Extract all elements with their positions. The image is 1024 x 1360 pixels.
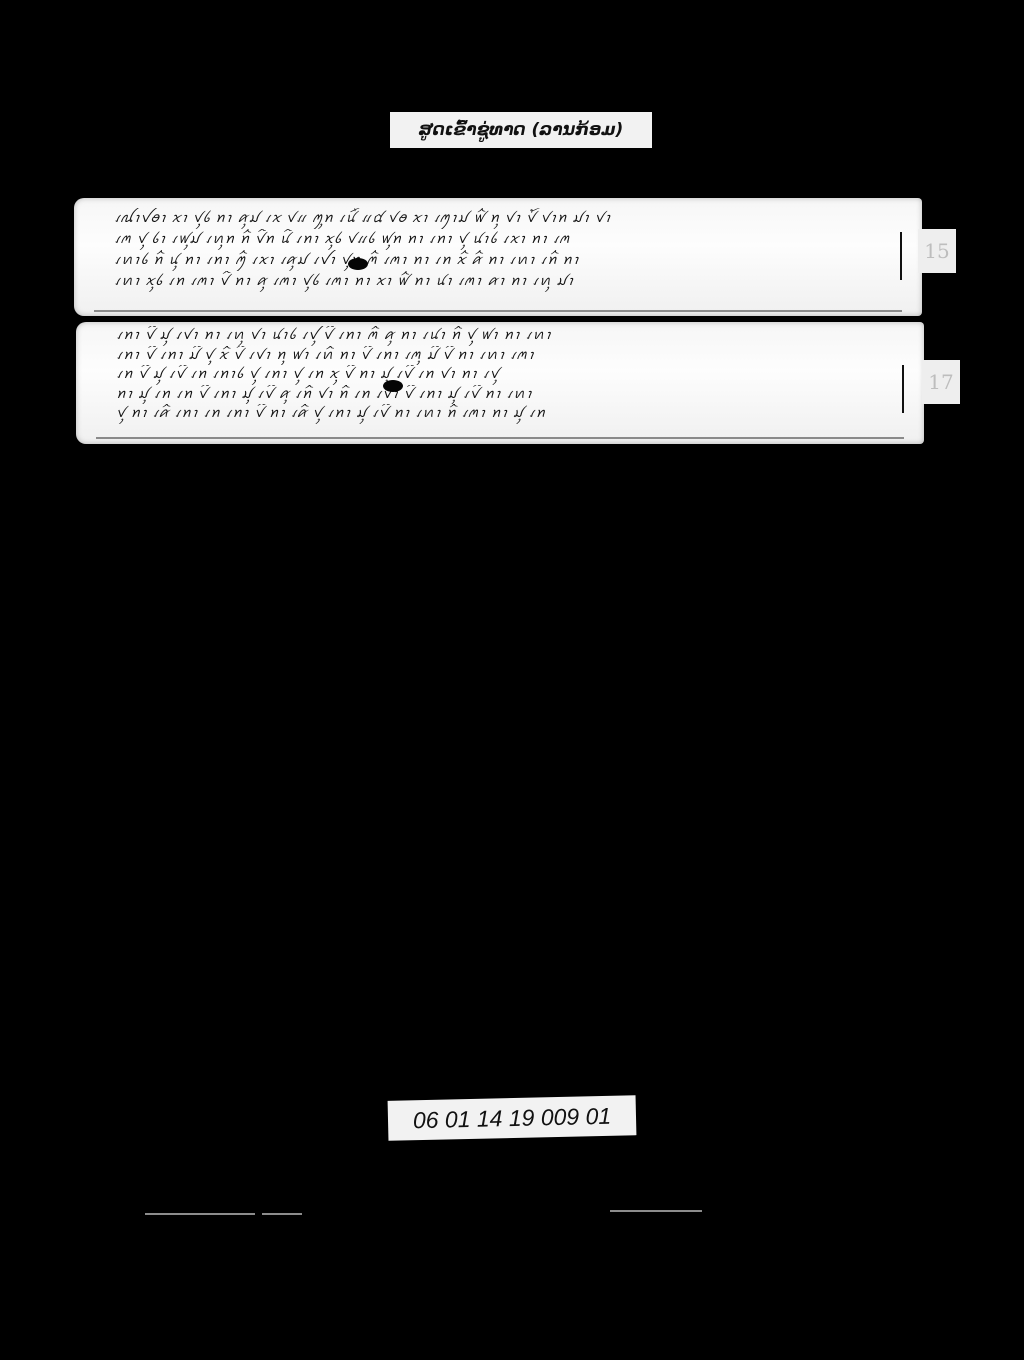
manuscript-line: ꪹꪏꪱꪜꪮꪱ ꪎꪱ ꪚꪴꪉ ꪀꪱ ꪁꪴꪣ ꪹꪎ ꪚꪵ ꪑꪴꪀ ꪹꪙꪸ ꪵꪠ ꪚꪮ… bbox=[114, 208, 882, 229]
scan-artifact-line bbox=[145, 1213, 255, 1215]
scan-artifact-line bbox=[262, 1213, 302, 1215]
margin-stroke bbox=[900, 232, 902, 280]
leaf-edge-line bbox=[96, 437, 904, 439]
scan-artifact-line bbox=[610, 1210, 702, 1212]
binding-hole bbox=[383, 380, 403, 392]
manuscript-line: ꪹꪕꪱꪉ ꪀꪲ ꪙꪴ ꪀꪱ ꪹꪀꪱ ꪑꪲ ꪹꪎꪱ ꪹꪁꪴꪣ ꪹꪜꪱ ꪚꪴꪀ ꪔꪲ… bbox=[114, 250, 882, 271]
manuscript-line: ꪹꪔ ꪚꪴ ꪉꪱ ꪹꪝꪴꪣ ꪹꪕꪴꪀ ꪀꪲ ꪚꪲꪀ ꪙꪲ ꪹꪀꪱ ꪎꪴꪉ ꪚꪵꪉ… bbox=[114, 229, 882, 250]
manuscript-line: ꪚꪴ ꪀꪱ ꪹꪁꪲ ꪹꪀꪱ ꪹꪀ ꪹꪀꪱ ꪚꪲ ꪀꪱ ꪹꪁꪲ ꪚꪴ ꪹꪀꪱ ꪣꪴ… bbox=[116, 404, 884, 424]
catalog-number-label: 06 01 14 19 009 01 bbox=[388, 1095, 637, 1141]
binding-hole bbox=[348, 258, 368, 270]
manuscript-line: ꪹꪀꪱ ꪚꪲ ꪹꪀꪱ ꪣꪲ ꪚꪴ ꪎꪲ ꪚꪲ ꪹꪚꪱ ꪀꪴ ꪝꪱ ꪹꪕꪲ ꪀꪱ … bbox=[116, 346, 884, 366]
manuscript-line: ꪹꪀꪱ ꪚꪲ ꪣꪴ ꪹꪚꪱ ꪀꪱ ꪹꪕꪴ ꪚꪱ ꪙꪱꪉ ꪹꪜꪴ ꪚꪲ ꪹꪀꪱ ꪔ… bbox=[116, 326, 884, 346]
page-number-tab: 15 bbox=[918, 229, 956, 273]
manuscript-line: ꪹꪀ ꪚꪲ ꪣꪴ ꪹꪚꪲ ꪹꪀ ꪹꪀꪱꪉ ꪚꪴ ꪹꪀꪱ ꪚꪴ ꪹꪀ ꪎꪴ ꪚꪲ … bbox=[116, 365, 884, 385]
leaf-edge-line bbox=[94, 310, 902, 312]
manuscript-line: ꪀꪱ ꪣꪴ ꪹꪀ ꪹꪀ ꪚꪲ ꪹꪀꪱ ꪣꪴ ꪹꪚꪲ ꪁꪴ ꪹꪀꪲ ꪚꪱ ꪀꪲ ꪹ… bbox=[116, 385, 884, 405]
page-number-tab: 17 bbox=[922, 360, 960, 404]
manuscript-text: ꪹꪀꪱ ꪚꪲ ꪣꪴ ꪹꪚꪱ ꪀꪱ ꪹꪕꪴ ꪚꪱ ꪙꪱꪉ ꪹꪜꪴ ꪚꪲ ꪹꪀꪱ ꪔ… bbox=[116, 326, 884, 424]
palm-leaf-page-17: ꪹꪀꪱ ꪚꪲ ꪣꪴ ꪹꪚꪱ ꪀꪱ ꪹꪕꪴ ꪚꪱ ꪙꪱꪉ ꪹꪜꪴ ꪚꪲ ꪹꪀꪱ ꪔ… bbox=[76, 322, 924, 444]
document-title-label: ສູດເຂົ້າຊູ່ທາດ (ລານກ້ອມ) bbox=[390, 112, 652, 148]
manuscript-text: ꪹꪏꪱꪜꪮꪱ ꪎꪱ ꪚꪴꪉ ꪀꪱ ꪁꪴꪣ ꪹꪎ ꪚꪵ ꪑꪴꪀ ꪹꪙꪸ ꪵꪠ ꪚꪮ… bbox=[114, 208, 882, 292]
margin-stroke bbox=[902, 365, 904, 413]
manuscript-line: ꪹꪕꪱ ꪎꪴꪉ ꪹꪀ ꪹꪔꪱ ꪚꪲ ꪀꪱ ꪁꪴ ꪹꪔꪱ ꪚꪴꪉ ꪹꪔꪱ ꪀꪱ ꪎ… bbox=[114, 271, 882, 292]
palm-leaf-page-15: ꪹꪏꪱꪜꪮꪱ ꪎꪱ ꪚꪴꪉ ꪀꪱ ꪁꪴꪣ ꪹꪎ ꪚꪵ ꪑꪴꪀ ꪹꪙꪸ ꪵꪠ ꪚꪮ… bbox=[74, 198, 922, 316]
